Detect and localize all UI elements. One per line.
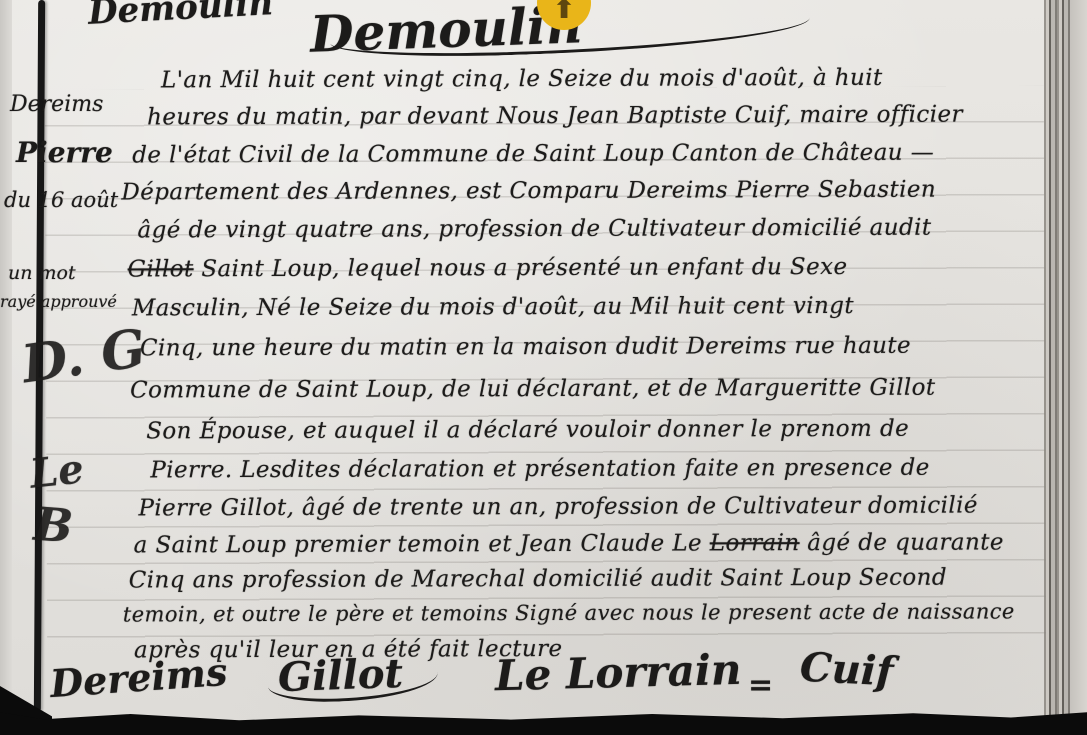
body-line: âgé de vingt quatre ans, profession de C… (137, 215, 931, 244)
body-line: Cinq ans profession de Marechal domicili… (129, 565, 947, 594)
struck-word: Lorrain (710, 530, 800, 556)
signature-witness-2: Le Lorrain (494, 645, 742, 700)
body-line: Masculin, Né le Seize du mois d'août, au… (132, 293, 854, 322)
body-line: Cinq, une heure du matin en la maison du… (140, 333, 911, 362)
body-line-with-strikeout: Gillot Saint Loup, lequel nous a présent… (128, 254, 848, 283)
struck-word: Gillot (128, 256, 194, 282)
body-line: heures du matin, par devant Nous Jean Ba… (147, 102, 963, 131)
body-line: Son Épouse, et auquel il a déclaré voulo… (146, 416, 909, 445)
act-body-text: L'an Mil huit cent vingt cinq, le Seize … (0, 0, 1087, 735)
signature-mayor-paraph: Cuif (799, 644, 895, 696)
body-line: Pierre. Lesdites déclaration et présenta… (150, 455, 929, 484)
body-line-with-strikeout: a Saint Loup premier temoin et Jean Clau… (134, 529, 1004, 558)
body-line: temoin, et outre le père et temoins Sign… (123, 599, 1015, 626)
body-line: Département des Ardennes, est Comparu De… (121, 177, 936, 206)
body-line: Commune de Saint Loup, de lui déclarant,… (130, 375, 935, 404)
body-line: de l'état Civil de la Commune de Saint L… (132, 140, 934, 169)
signature-witness-2-equals-flourish: = (748, 668, 773, 703)
body-line: Pierre Gillot, âgé de trente un an, prof… (138, 492, 978, 521)
body-line: L'an Mil huit cent vingt cinq, le Seize … (161, 65, 883, 94)
